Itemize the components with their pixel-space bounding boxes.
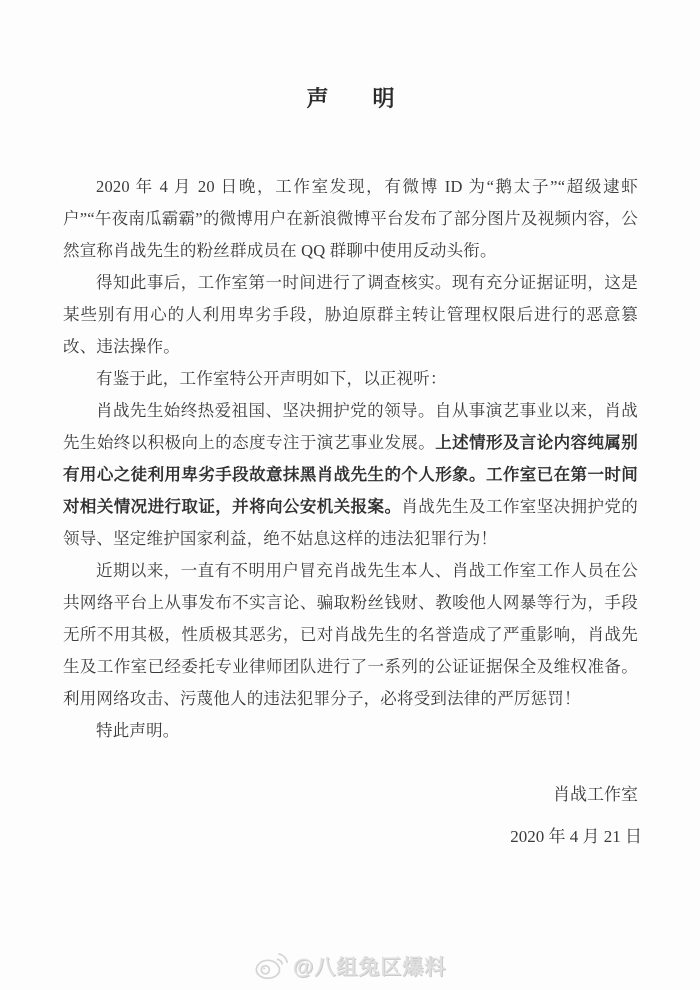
- document-content: 声 明 2020 年 4 月 20 日晚，工作室发现，有微博 ID 为“鹅太子”…: [63, 84, 638, 747]
- signature-studio-name: 肖战工作室: [553, 779, 638, 811]
- document-body: 2020 年 4 月 20 日晚，工作室发现，有微博 ID 为“鹅太子”“超级逮…: [63, 171, 638, 747]
- paragraph-investigation: 得知此事后，工作室第一时间进行了调查核实。现有充分证据证明，这是某些别有用心的人…: [63, 267, 638, 363]
- watermark-text: @八组兔区爆料: [293, 951, 446, 981]
- document-title: 声 明: [63, 84, 638, 114]
- statement-document-page: 声 明 2020 年 4 月 20 日晚，工作室发现，有微博 ID 为“鹅太子”…: [0, 0, 700, 990]
- paragraph-incident: 2020 年 4 月 20 日晚，工作室发现，有微博 ID 为“鹅太子”“超级逮…: [63, 171, 638, 267]
- paragraph-statement: 肖战先生始终热爱祖国、坚决拥护党的领导。自从事演艺事业以来，肖战先生始终以积极向…: [63, 395, 638, 555]
- watermark: @八组兔区爆料: [0, 950, 700, 981]
- paragraph-closing: 特此声明。: [63, 715, 638, 747]
- paragraph-declaration-intro: 有鉴于此，工作室特公开声明如下，以正视听：: [63, 363, 638, 395]
- signature-date: 2020 年 4 月 21 日: [510, 821, 642, 853]
- weibo-icon: [254, 950, 288, 981]
- paragraph-impersonation-warning: 近期以来，一直有不明用户冒充肖战先生本人、肖战工作室工作人员在公共网络平台上从事…: [63, 555, 638, 715]
